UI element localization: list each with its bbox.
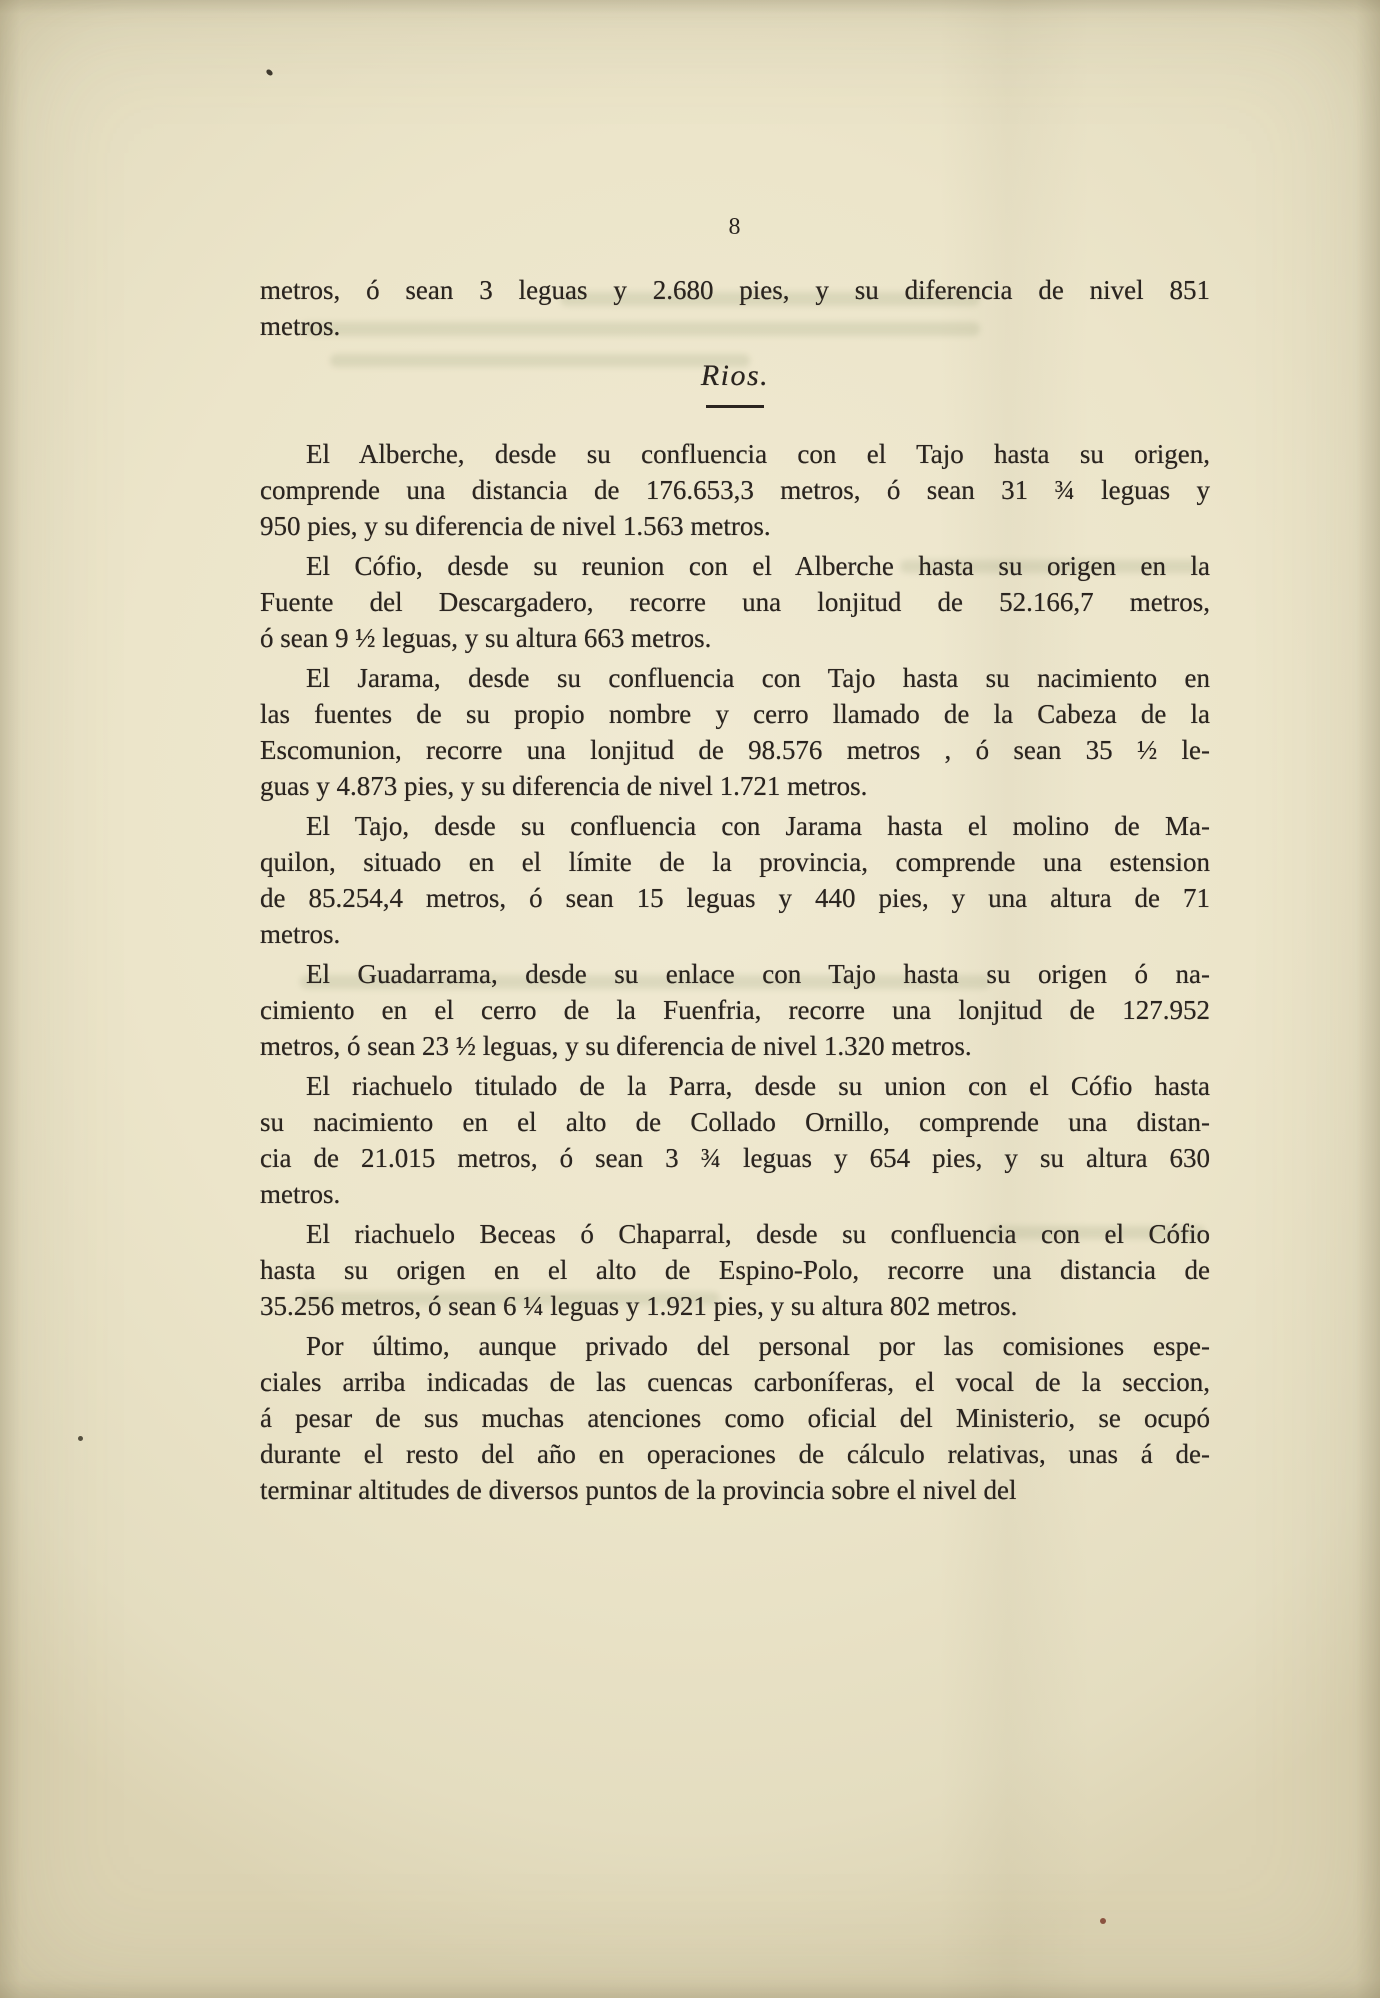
section-heading-block: Rios. bbox=[260, 356, 1210, 408]
page-number: 8 bbox=[260, 212, 1210, 242]
text-line: hasta su origen en el alto de Espino-Pol… bbox=[260, 1252, 1210, 1288]
text-line: metros, ó sean 23 ½ leguas, y su diferen… bbox=[260, 1028, 1210, 1064]
text-line: ciales arriba indicadas de las cuencas c… bbox=[260, 1364, 1210, 1400]
paragraph: El Jarama, desde su confluencia con Tajo… bbox=[260, 660, 1210, 804]
text-line: cia de 21.015 metros, ó sean 3 ¾ leguas … bbox=[260, 1140, 1210, 1176]
section-heading: Rios. bbox=[260, 356, 1210, 396]
dust-speck bbox=[265, 68, 274, 76]
text-line: El Tajo, desde su confluencia con Jarama… bbox=[260, 808, 1210, 844]
text-line: metros, ó sean 3 leguas y 2.680 pies, y … bbox=[260, 272, 1210, 308]
text-line: El Jarama, desde su confluencia con Tajo… bbox=[260, 660, 1210, 696]
text-line: metros. bbox=[260, 916, 1210, 952]
continuation-paragraph: metros, ó sean 3 leguas y 2.680 pies, y … bbox=[260, 272, 1210, 344]
text-line: guas y 4.873 pies, y su diferencia de ni… bbox=[260, 768, 1210, 804]
paragraph: El riachuelo titulado de la Parra, desde… bbox=[260, 1068, 1210, 1212]
text-line: metros. bbox=[260, 1176, 1210, 1212]
paragraph: El Guadarrama, desde su enlace con Tajo … bbox=[260, 956, 1210, 1064]
text-line: terminar altitudes de diversos puntos de… bbox=[260, 1472, 1210, 1508]
text-line: metros. bbox=[260, 308, 1210, 344]
text-line: de 85.254,4 metros, ó sean 15 leguas y 4… bbox=[260, 880, 1210, 916]
text-line: á pesar de sus muchas atenciones como of… bbox=[260, 1400, 1210, 1436]
paragraph: Por último, aunque privado del personal … bbox=[260, 1328, 1210, 1508]
text-line: El riachuelo Beceas ó Chaparral, desde s… bbox=[260, 1216, 1210, 1252]
text-line: El Guadarrama, desde su enlace con Tajo … bbox=[260, 956, 1210, 992]
text-line: Por último, aunque privado del personal … bbox=[260, 1328, 1210, 1364]
paragraph: El Alberche, desde su confluencia con el… bbox=[260, 436, 1210, 544]
dust-speck bbox=[78, 1436, 83, 1441]
text-line: Fuente del Descargadero, recorre una lon… bbox=[260, 584, 1210, 620]
text-line: cimiento en el cerro de la Fuenfria, rec… bbox=[260, 992, 1210, 1028]
text-line: comprende una distancia de 176.653,3 met… bbox=[260, 472, 1210, 508]
paragraph: El riachuelo Beceas ó Chaparral, desde s… bbox=[260, 1216, 1210, 1324]
text-line: 950 pies, y su diferencia de nivel 1.563… bbox=[260, 508, 1210, 544]
text-line: El riachuelo titulado de la Parra, desde… bbox=[260, 1068, 1210, 1104]
paragraph: El Cófio, desde su reunion con el Alberc… bbox=[260, 548, 1210, 656]
text-line: Escomunion, recorre una lonjitud de 98.5… bbox=[260, 732, 1210, 768]
text-line: El Cófio, desde su reunion con el Alberc… bbox=[260, 548, 1210, 584]
text-line: ó sean 9 ½ leguas, y su altura 663 metro… bbox=[260, 620, 1210, 656]
text-line: durante el resto del año en operaciones … bbox=[260, 1436, 1210, 1472]
dust-speck bbox=[1100, 1918, 1106, 1924]
text-line: quilon, situado en el límite de la provi… bbox=[260, 844, 1210, 880]
text-line: las fuentes de su propio nombre y cerro … bbox=[260, 696, 1210, 732]
paragraphs: El Alberche, desde su confluencia con el… bbox=[260, 436, 1210, 1508]
text-line: El Alberche, desde su confluencia con el… bbox=[260, 436, 1210, 472]
paragraph: El Tajo, desde su confluencia con Jarama… bbox=[260, 808, 1210, 952]
text-line: 35.256 metros, ó sean 6 ¼ leguas y 1.921… bbox=[260, 1288, 1210, 1324]
book-page: 8 metros, ó sean 3 leguas y 2.680 pies, … bbox=[0, 0, 1380, 1998]
text-block: 8 metros, ó sean 3 leguas y 2.680 pies, … bbox=[260, 212, 1210, 1512]
text-line: su nacimiento en el alto de Collado Orni… bbox=[260, 1104, 1210, 1140]
heading-rule bbox=[706, 405, 764, 408]
